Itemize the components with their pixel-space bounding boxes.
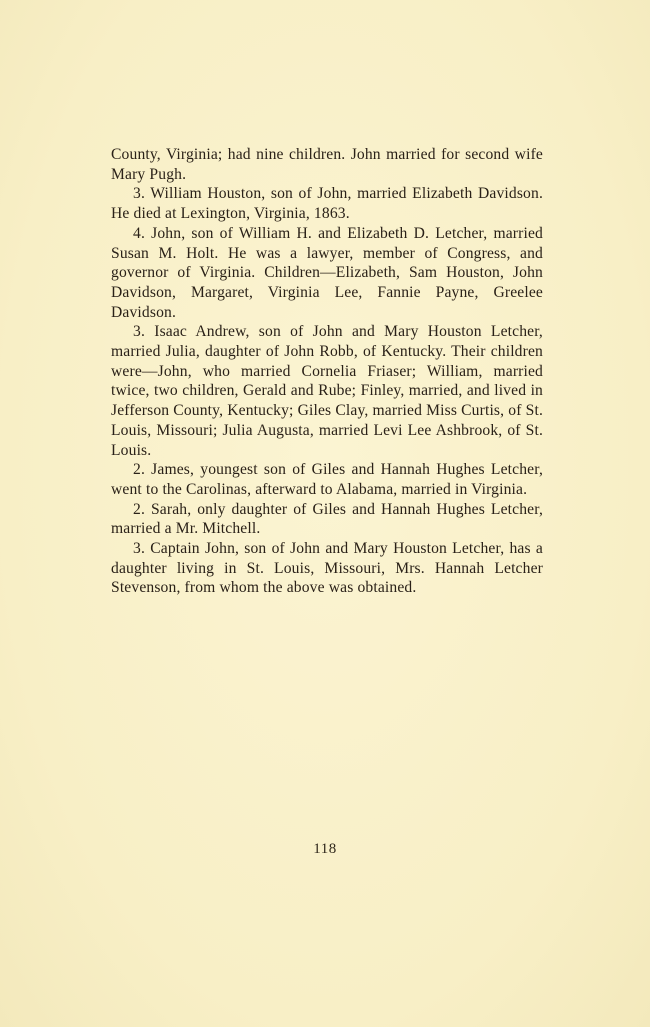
body-text: County, Virginia; had nine children. Joh…	[111, 145, 543, 598]
paragraph-captain-john: 3. Captain John, son of John and Mary Ho…	[111, 539, 543, 598]
page-number: 118	[0, 841, 650, 858]
paragraph-sarah: 2. Sarah, only daughter of Giles and Han…	[111, 500, 543, 539]
paragraph-john-governor: 4. John, son of William H. and Elizabeth…	[111, 224, 543, 323]
paragraph-william-houston: 3. William Houston, son of John, married…	[111, 184, 543, 223]
paragraph-isaac-andrew: 3. Isaac Andrew, son of John and Mary Ho…	[111, 322, 543, 460]
paragraph-james: 2. James, youngest son of Giles and Hann…	[111, 460, 543, 499]
paragraph-continuation: County, Virginia; had nine children. Joh…	[111, 145, 543, 184]
book-page: County, Virginia; had nine children. Joh…	[0, 0, 650, 1027]
